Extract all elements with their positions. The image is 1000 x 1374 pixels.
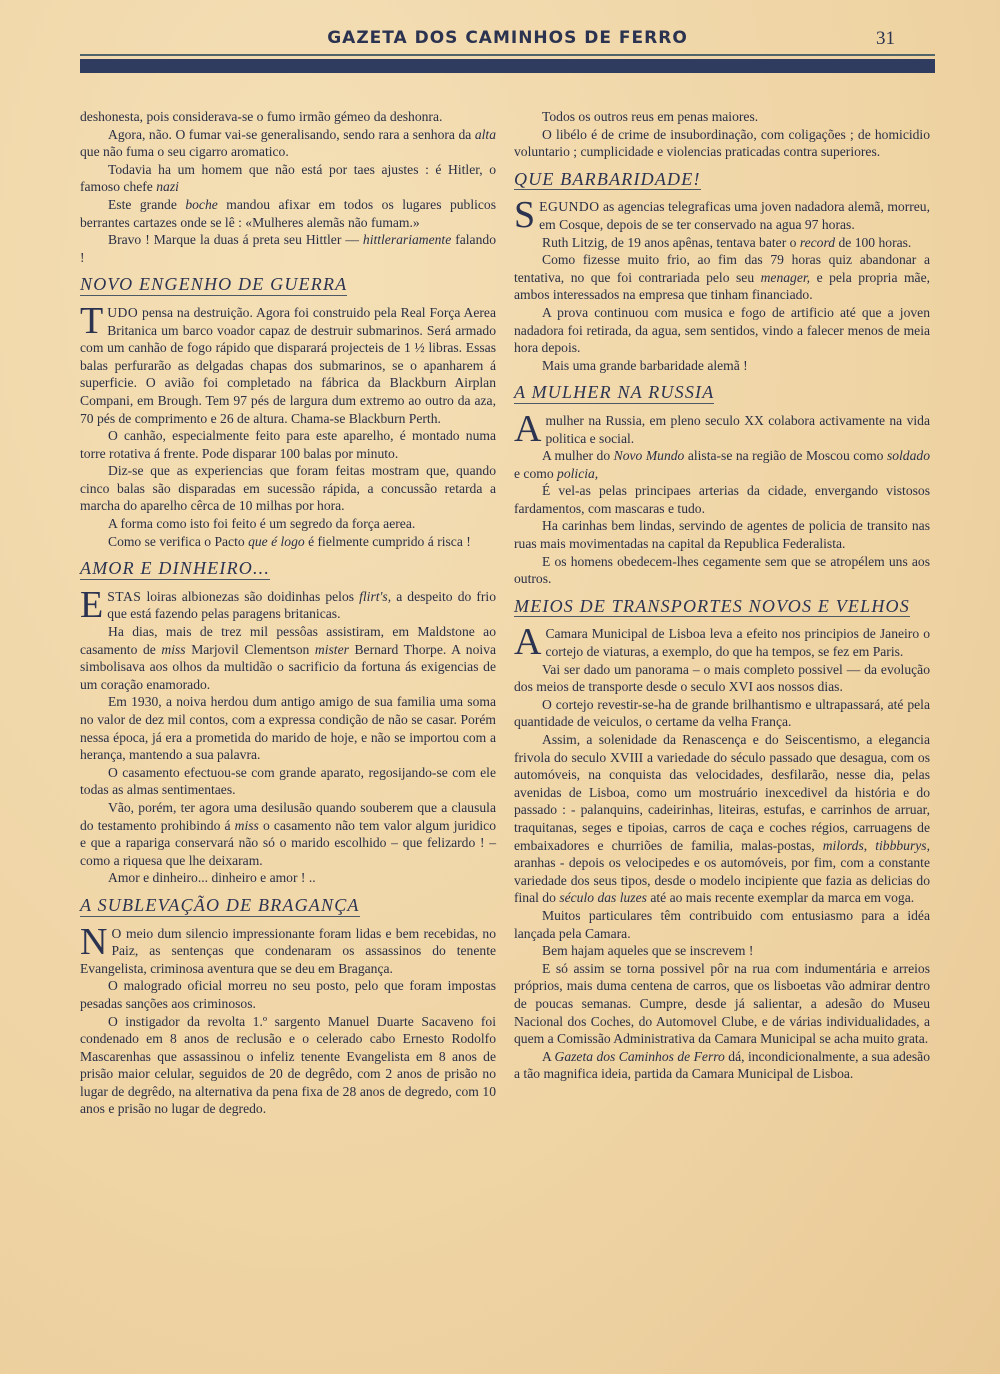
article-sublevacao-braganca: A SUBLEVAÇÃO DE BRAGANÇA NO meio dum sil… [80,887,496,1118]
paragraph: Ruth Litzig, de 19 anos apênas, tentava … [514,234,930,252]
paragraph: Assim, a solenidade da Renascença e do S… [514,731,930,907]
article-heading: QUE BARBARIDADE! [514,171,701,191]
paragraph: O cortejo revestir-se-ha de grande brilh… [514,696,930,731]
paragraph: Ha dias, mais de trez mil pessôas assist… [80,623,496,693]
paragraph: Bem hajam aqueles que se inscrevem ! [514,942,930,960]
paragraph: Mais uma grande barbaridade alemã ! [514,357,930,375]
drop-cap: N [80,927,107,957]
paragraph: Como se verifica o Pacto que é logo é fi… [80,533,496,551]
article-heading: NOVO ENGENHO DE GUERRA [80,276,347,296]
drop-cap: S [514,200,535,230]
page-number: 31 [876,28,895,50]
drop-cap: A [514,414,541,444]
lead-paragraph: ESTAS loiras albionezas são doidinhas pe… [80,588,496,623]
paragraph: E os homens obedecem-lhes cegamente sem … [514,553,930,588]
article-sublevacao-continued: Todos os outros reus em penas maiores. O… [514,108,930,161]
paragraph: Agora, não. O fumar vai-se generalisando… [80,126,496,161]
paragraph: Todavia ha um homem que não está por tae… [80,161,496,196]
drop-cap: E [80,590,103,620]
paragraph: O instigador da revolta 1.º sargento Man… [80,1013,496,1119]
paragraph: Diz-se que as experiencias que foram fei… [80,462,496,515]
lead-paragraph: TUDO pensa na destruição. Agora foi cons… [80,304,496,427]
paragraph: A prova continuou com musica e fogo de a… [514,304,930,357]
paragraph: Amor e dinheiro... dinheiro e amor ! .. [80,869,496,887]
header-rule-thick [80,59,935,73]
paragraph: O libélo é de crime de insubordinação, c… [514,126,930,161]
left-column: deshonesta, pois considerava-se o fumo i… [80,108,496,1118]
lead-paragraph: A mulher na Russia, em pleno seculo XX c… [514,412,930,447]
drop-cap: T [80,306,103,336]
paragraph: Este grande boche mandou afixar em todos… [80,196,496,231]
lead-paragraph: NO meio dum silencio impressionante fora… [80,925,496,978]
right-column: Todos os outros reus em penas maiores. O… [514,108,930,1083]
header-rule-thin [80,54,935,56]
paragraph: A mulher do Novo Mundo alista-se na regi… [514,447,930,482]
paragraph: O malogrado oficial morreu no seu posto,… [80,977,496,1012]
article-que-barbaridade: QUE BARBARIDADE! SEGUNDO as agencias tel… [514,161,930,375]
paragraph: Vai ser dado um panorama – o mais comple… [514,661,930,696]
article-heading: A SUBLEVAÇÃO DE BRAGANÇA [80,897,360,917]
page-header: GAZETA DOS CAMINHOS DE FERRO 31 [80,28,935,52]
paragraph: Em 1930, a noiva herdou dum antigo amigo… [80,693,496,763]
article-heading: MEIOS DE TRANSPORTES NOVOS E VELHOS [514,598,910,618]
paragraph: Bravo ! Marque la duas á preta seu Hittl… [80,231,496,266]
article-novo-engenho: NOVO ENGENHO DE GUERRA TUDO pensa na des… [80,266,496,550]
article-heading: A MULHER NA RUSSIA [514,384,714,404]
article-amor-dinheiro: AMOR E DINHEIRO... ESTAS loiras albionez… [80,550,496,887]
lead-paragraph: A Camara Municipal de Lisboa leva a efei… [514,625,930,660]
paragraph: Como fizesse muito frio, ao fim das 79 h… [514,251,930,304]
paragraph: Vão, porém, ter agora uma desilusão quan… [80,799,496,869]
paragraph: Ha carinhas bem lindas, servindo de agen… [514,517,930,552]
article-intro-continued: deshonesta, pois considerava-se o fumo i… [80,108,496,266]
paragraph: Muitos particulares têm contribuido com … [514,907,930,942]
drop-cap: A [514,627,541,657]
paragraph: Todos os outros reus em penas maiores. [514,108,930,126]
paragraph: O casamento efectuou-se com grande apara… [80,764,496,799]
article-meios-transportes: MEIOS DE TRANSPORTES NOVOS E VELHOS A Ca… [514,588,930,1083]
article-heading: AMOR E DINHEIRO... [80,560,270,580]
paragraph: E só assim se torna possivel pôr na rua … [514,960,930,1048]
paragraph: A Gazeta dos Caminhos de Ferro dá, incon… [514,1048,930,1083]
paragraph: É vel-as pelas principaes arterias da ci… [514,482,930,517]
paragraph: O canhão, especialmente feito para este … [80,427,496,462]
paragraph: A forma como isto foi feito é um segredo… [80,515,496,533]
masthead-title: GAZETA DOS CAMINHOS DE FERRO [80,28,935,48]
article-mulher-russia: A MULHER NA RUSSIA A mulher na Russia, e… [514,374,930,588]
lead-paragraph: SEGUNDO as agencias telegraficas uma jov… [514,198,930,233]
paragraph: deshonesta, pois considerava-se o fumo i… [80,108,496,126]
